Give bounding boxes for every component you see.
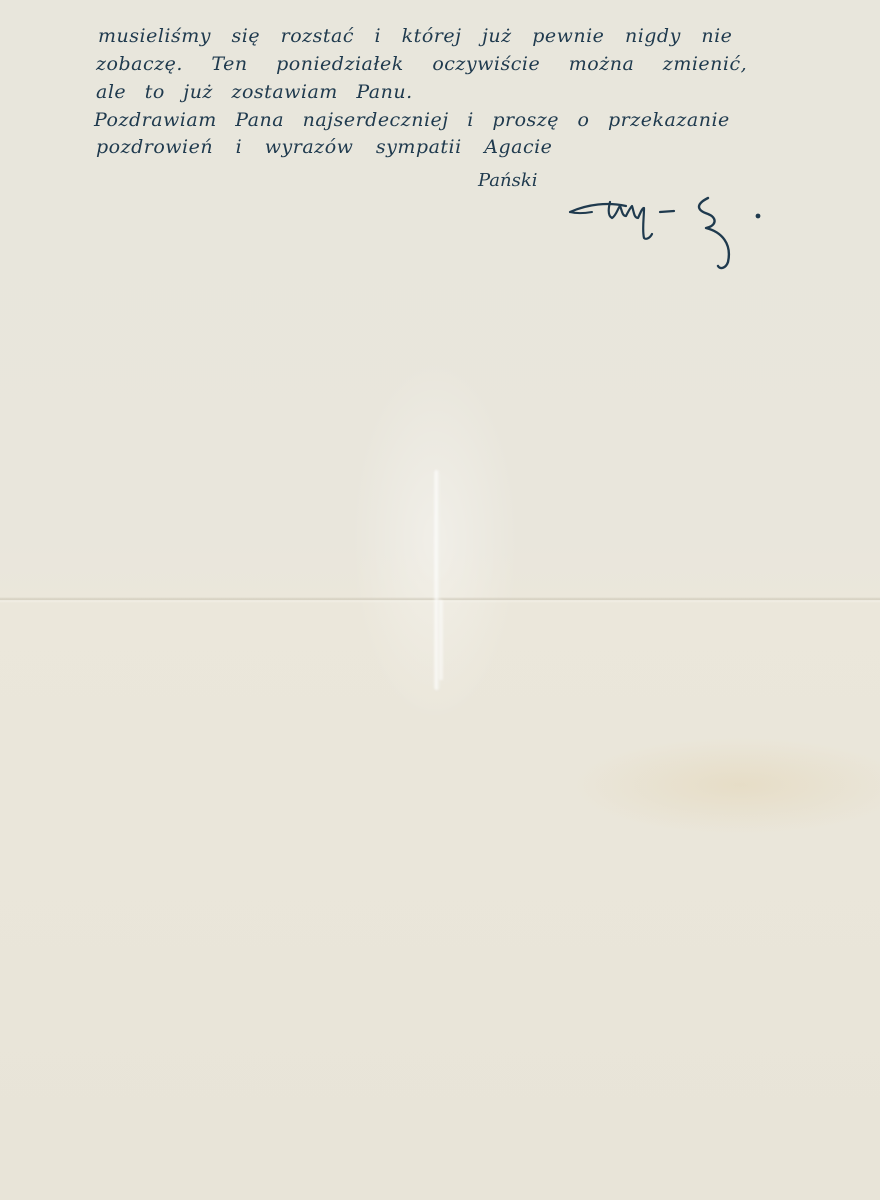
vertical-fold-crease-lower	[438, 600, 444, 680]
letter-line-3: ale to już zostawiam Panu.	[96, 78, 413, 106]
letter-line-4: Pozdrawiam Pana najserdeczniej i proszę …	[94, 106, 730, 134]
signature-scribble-icon	[568, 196, 768, 276]
letter-line-2: zobaczę. Ten poniedziałek oczywiście moż…	[96, 50, 747, 78]
signature: handwritten signature	[568, 196, 768, 276]
letter-line-1: musieliśmy się rozstać i której już pewn…	[98, 22, 732, 50]
letter-line-5: pozdrowień i wyrazów sympatii Agacie	[96, 133, 552, 161]
letter-closing: Pański	[478, 170, 538, 191]
letter-page: musieliśmy się rozstać i której już pewn…	[0, 0, 880, 1200]
